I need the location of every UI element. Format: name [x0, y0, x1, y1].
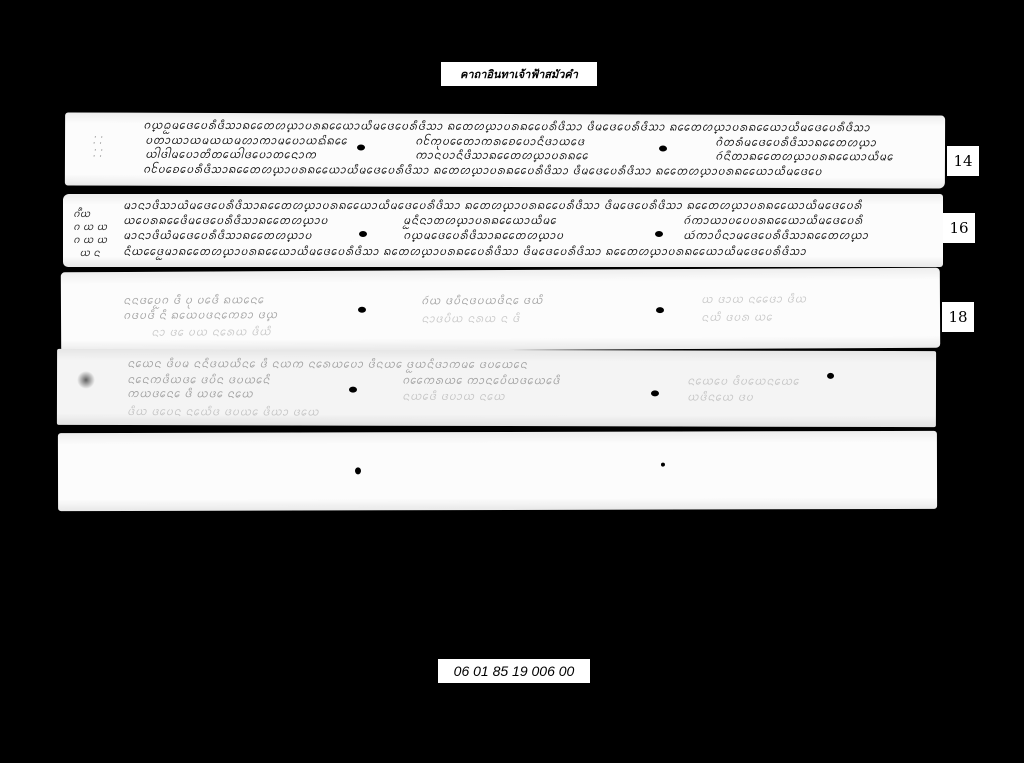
palm-leaf-3: ᨶᨶᨴᩮᨷᩬᨣ ᨴᩥ ᨷᩩ ᨷᩮᨴᩥ ᨦᨿᩮᨶᩮ ᨣᨴᨷᨴᩥ ᨶᩥ ᨦᩮᨿᨷᨴᨶ…	[61, 268, 940, 353]
binding-hole	[349, 387, 357, 393]
palm-leaf-1: ⁚ ⁚⁚ ⁚ ᨣ᩠ᨿᨵᩬᨾᩮᨴᩮᨷᩁᩥᨴᩥᩈᩣᨦᩯᨲᩉ᩠ᨿᩣᨷᩁᨦᩯᨿᩣᨿᩥᨾᩮ…	[65, 112, 945, 188]
palm-leaf-5-blank	[58, 431, 937, 511]
binding-hole	[659, 146, 667, 152]
leaf-text-line: ᨶᨿᩥ ᨴᨷᩁ ᨿᩮ	[701, 309, 772, 327]
leaf-text-line: ᨴᩥᨿ ᨴᩮᨷᨶ ᨶᩮᨿᩥᨴ ᨴᨷᨿᩮ ᨴᩥᨿᩣ ᨴᩮᨿ	[127, 403, 319, 422]
leaf-text-line: ᨶᨿᩮᨴᩥ ᨴᨷᩣᨿ ᨶᩮᨿ	[402, 388, 505, 406]
leaf-margin-marks: ⁚ ⁚⁚ ⁚	[93, 135, 103, 161]
catalog-number-label: 06 01 85 19 006 00	[438, 659, 590, 683]
binding-hole	[827, 373, 834, 379]
leaf-text-line: ᨿᩢᨠᩣᨷᩥᨶᩣᨾᩮᨴᩮᨷᩁᩥᨴᩥᩈᩣᨦᩯᨲᩉ᩠ᨿᩣ	[683, 227, 868, 245]
leaf-text-line: ᨿᨴᩥᨶᩮᨿ ᨴᨷ	[687, 388, 754, 406]
leaf-text-line: ᨣᩢᨶᩨᨲᩣᨦᩯᨲᩉ᩠ᨿᩣᨷᩁᨦᩯᨿᩣᨿᩥᨾᩮ	[715, 148, 893, 167]
page-number-tag: 18	[942, 302, 974, 332]
leaf-text-line: ᨣ᩠ᨿᨾᩮᨴᩮᨷᩁᩥᨴᩥᩈᩣᨦᩯᨲᩉ᩠ᨿᩣᨷ	[403, 227, 564, 245]
leaf-text-line: ᨣᨴᨷᨴᩥ ᨶᩥ ᨦᩮᨿᨷᨴᨶᩮᨠᨧᩣ ᨴ᩠ᨿ	[123, 306, 278, 325]
binding-hole	[355, 467, 361, 474]
page-number-tag: 16	[943, 213, 975, 243]
leaf-text-line: ᨶᩥᨿᩯᨴᩬᨾᩣᨦᩯᨲᩉ᩠ᨿᩣᨷᩁᨦᩯᨿᩣᨿᩥᨾᩮᨴᩮᨷᩁᩥᨴᩥᩈᩣ ᨦᩮᨲᩉ᩠…	[123, 243, 806, 261]
binding-hole	[655, 231, 663, 237]
binding-hole	[651, 390, 659, 396]
manuscript-title-label: คาถาอินทาเจ้าฟ้าสมัวคำ	[441, 62, 597, 86]
leaf-text-line: ᨿ ᨴᩣᨿ ᨶᩯᨴᩣ ᨴᩥᨿ	[701, 290, 807, 309]
stain-mark	[77, 371, 95, 389]
leaf-text-line: ᨣᩢᨿ ᨴᨷᩥᨶᨴᨷᨿᨴᩥᨶᩮ ᨴᨿᩥ	[421, 292, 543, 311]
leaf-margin-numerals: ᨣ᩺ᨿ ᨣ ᨿ ᨿ ᨣ ᨿ ᨿ ᨿ ᨶ	[73, 208, 107, 260]
leaf-text-line: ᨠᨿᨴᩮᨶᩮ ᨴᩥ ᨿᨴᩮ ᨶᩮᨿ	[127, 385, 253, 403]
palm-leaf-2: ᨣ᩺ᨿ ᨣ ᨿ ᨿ ᨣ ᨿ ᨿ ᨿ ᨶ ᨾᩣᨶᩣᨴᩥᩈᩣᨿᩫᨾᩮᨴᩮᨷᩁᩥᨴᩥᩈ…	[63, 194, 943, 267]
palm-leaf-4: ᨶᩮᨿᨶ ᨴᩥᨷᨾ ᨶᨶᩥᨴᨿᨿᩥᨶᩮ ᨴᩥ ᨶᨿᨠ ᨶᩮᩁᨿᩮᨷᩣ ᨴᩥᨶᨿᩮ…	[57, 349, 936, 427]
binding-hole	[357, 144, 365, 150]
binding-hole	[359, 231, 367, 237]
page-number-tag: 14	[947, 146, 979, 176]
binding-hole	[656, 307, 664, 313]
binding-hole	[358, 307, 366, 313]
leaf-text-line: ᨶᩣᨴᨷᩥᨿ ᨶᩁᨿ ᨶ ᨴᩥ	[421, 310, 520, 329]
leaf-text-line: ᨠᩣᨶᨷᩣᨶᩥᨴᩥᩈᩣᨦᩯᨲᩉ᩠ᨿᩣᨷᩁᨦᩯ	[415, 147, 588, 166]
binding-hole	[661, 463, 665, 467]
leaf-text-line: ᨶᩣ ᨴᩮ ᨷᨿ ᨶᩮᩁᨿ ᨴᩥᨿᩥ	[151, 323, 271, 342]
